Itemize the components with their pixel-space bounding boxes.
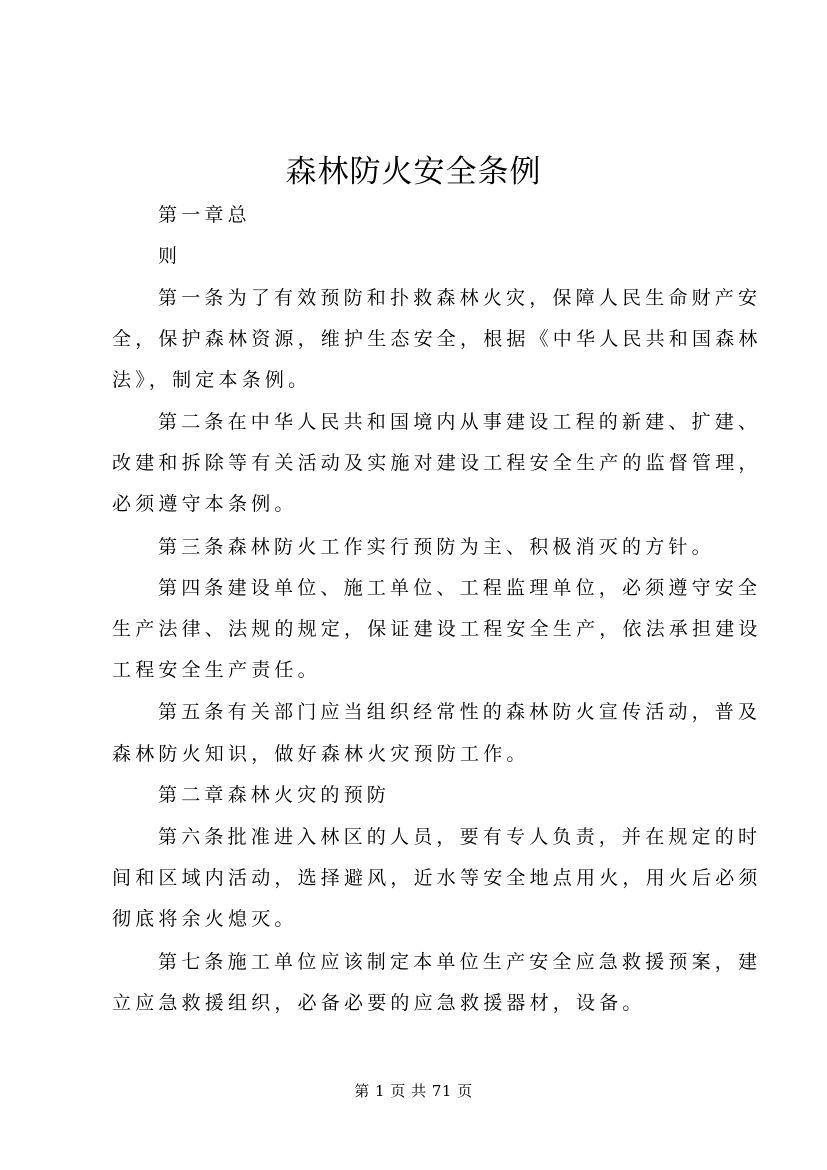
chapter-heading-cont: 则 [158,244,726,268]
article-line: 第七条施工单位应该制定本单位生产安全应急救援预案，建 [158,950,726,974]
chapter-heading: 第二章森林火灾的预防 [158,783,726,807]
page-number-footer: 第 1 页 共 71 页 [0,1080,827,1101]
article-line: 生产法律、法规的规定，保证建设工程安全生产，依法承担建设 [112,617,726,641]
article-line: 第四条建设单位、施工单位、工程监理单位，必须遵守安全 [158,576,726,600]
article-line: 改建和拆除等有关活动及实施对建设工程安全生产的监督管理， [112,451,726,475]
article-line: 必须遵守本条例。 [112,492,726,516]
article-line: 全，保护森林资源，维护生态安全，根据《中华人民共和国森林 [112,327,726,351]
article-line: 第三条森林防火工作实行预防为主、积极消灭的方针。 [158,535,726,559]
article-line: 工程安全生产责任。 [112,658,726,682]
article-line: 间和区域内活动，选择避风，近水等安全地点用火，用火后必须 [112,866,726,890]
article-line: 第一条为了有效预防和扑救森林火灾，保障人民生命财产安 [158,286,726,310]
article-line: 第二条在中华人民共和国境内从事建设工程的新建、扩建、 [158,410,726,434]
article-line: 第五条有关部门应当组织经常性的森林防火宣传活动，普及 [158,700,726,724]
document-title: 森林防火安全条例 [0,146,827,191]
article-line: 彻底将余火熄灭。 [112,907,726,931]
article-line: 法》，制定本条例。 [112,368,726,392]
article-line: 第六条批准进入林区的人员，要有专人负责，并在规定的时 [158,825,726,849]
chapter-heading: 第一章总 [158,203,726,227]
article-line: 立应急救援组织，必备必要的应急救援器材，设备。 [112,991,726,1015]
article-line: 森林防火知识，做好森林火灾预防工作。 [112,742,726,766]
